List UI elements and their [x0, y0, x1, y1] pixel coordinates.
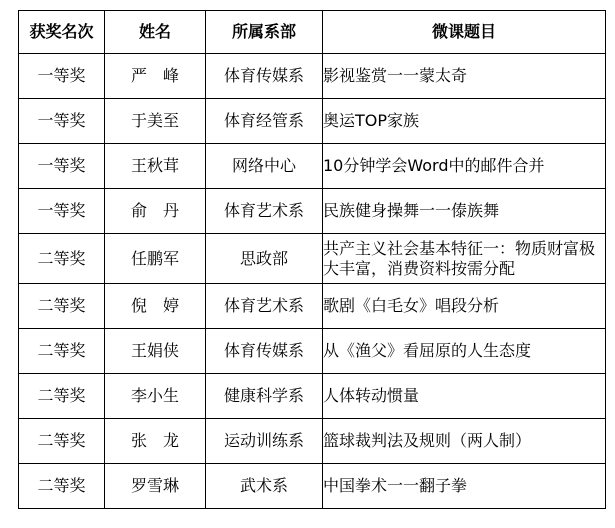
- table-row: 一等奖 严 峰 体育传媒系 影视鉴赏一一蒙太奇: [19, 54, 606, 99]
- table-row: 二等奖 李小生 健康科学系 人体转动惯量: [19, 374, 606, 419]
- name-cell: 罗雪琳: [105, 464, 206, 509]
- department-cell: 体育艺术系: [206, 189, 323, 234]
- department-cell: 武术系: [206, 464, 323, 509]
- department-cell: 思政部: [206, 234, 323, 284]
- rank-cell: 二等奖: [19, 284, 105, 329]
- name-cell: 王秋茸: [105, 144, 206, 189]
- title-cell: 中国拳术一一翻子拳: [323, 464, 606, 509]
- department-cell: 体育艺术系: [206, 284, 323, 329]
- table-row: 一等奖 俞 丹 体育艺术系 民族健身操舞一一傣族舞: [19, 189, 606, 234]
- title-cell: 人体转动惯量: [323, 374, 606, 419]
- table-row: 二等奖 倪 婷 体育艺术系 歌剧《白毛女》唱段分析: [19, 284, 606, 329]
- name-cell: 李小生: [105, 374, 206, 419]
- name-cell: 张 龙: [105, 419, 206, 464]
- rank-cell: 二等奖: [19, 464, 105, 509]
- department-cell: 体育经管系: [206, 99, 323, 144]
- awards-table: 获奖名次 姓名 所属系部 微课题目 一等奖 严 峰 体育传媒系 影视鉴赏一一蒙太…: [18, 10, 606, 509]
- table-row: 二等奖 张 龙 运动训练系 篮球裁判法及规则（两人制）: [19, 419, 606, 464]
- rank-cell: 二等奖: [19, 329, 105, 374]
- title-cell: 歌剧《白毛女》唱段分析: [323, 284, 606, 329]
- title-cell: 共产主义社会基本特征一：物质财富极大丰富，消费资料按需分配: [323, 234, 606, 284]
- department-cell: 健康科学系: [206, 374, 323, 419]
- header-row: 获奖名次 姓名 所属系部 微课题目: [19, 11, 606, 54]
- rank-cell: 一等奖: [19, 54, 105, 99]
- department-cell: 运动训练系: [206, 419, 323, 464]
- title-cell: 民族健身操舞一一傣族舞: [323, 189, 606, 234]
- table-row: 二等奖 罗雪琳 武术系 中国拳术一一翻子拳: [19, 464, 606, 509]
- name-cell: 任鹏军: [105, 234, 206, 284]
- rank-cell: 二等奖: [19, 419, 105, 464]
- rank-cell: 一等奖: [19, 99, 105, 144]
- name-cell: 倪 婷: [105, 284, 206, 329]
- title-cell: 从《渔父》看屈原的人生态度: [323, 329, 606, 374]
- name-cell: 于美至: [105, 99, 206, 144]
- header-name: 姓名: [105, 11, 206, 54]
- header-rank: 获奖名次: [19, 11, 105, 54]
- name-cell: 王娟侠: [105, 329, 206, 374]
- page: 获奖名次 姓名 所属系部 微课题目 一等奖 严 峰 体育传媒系 影视鉴赏一一蒙太…: [0, 0, 615, 528]
- title-cell: 影视鉴赏一一蒙太奇: [323, 54, 606, 99]
- department-cell: 网络中心: [206, 144, 323, 189]
- header-title: 微课题目: [323, 11, 606, 54]
- table-row: 一等奖 王秋茸 网络中心 10分钟学会Word中的邮件合并: [19, 144, 606, 189]
- table-row: 二等奖 任鹏军 思政部 共产主义社会基本特征一：物质财富极大丰富，消费资料按需分…: [19, 234, 606, 284]
- rank-cell: 二等奖: [19, 234, 105, 284]
- title-cell: 奥运TOP家族: [323, 99, 606, 144]
- header-department: 所属系部: [206, 11, 323, 54]
- name-cell: 严 峰: [105, 54, 206, 99]
- rank-cell: 一等奖: [19, 189, 105, 234]
- department-cell: 体育传媒系: [206, 329, 323, 374]
- table-row: 一等奖 于美至 体育经管系 奥运TOP家族: [19, 99, 606, 144]
- rank-cell: 一等奖: [19, 144, 105, 189]
- name-cell: 俞 丹: [105, 189, 206, 234]
- title-cell: 10分钟学会Word中的邮件合并: [323, 144, 606, 189]
- title-cell: 篮球裁判法及规则（两人制）: [323, 419, 606, 464]
- department-cell: 体育传媒系: [206, 54, 323, 99]
- table-row: 二等奖 王娟侠 体育传媒系 从《渔父》看屈原的人生态度: [19, 329, 606, 374]
- rank-cell: 二等奖: [19, 374, 105, 419]
